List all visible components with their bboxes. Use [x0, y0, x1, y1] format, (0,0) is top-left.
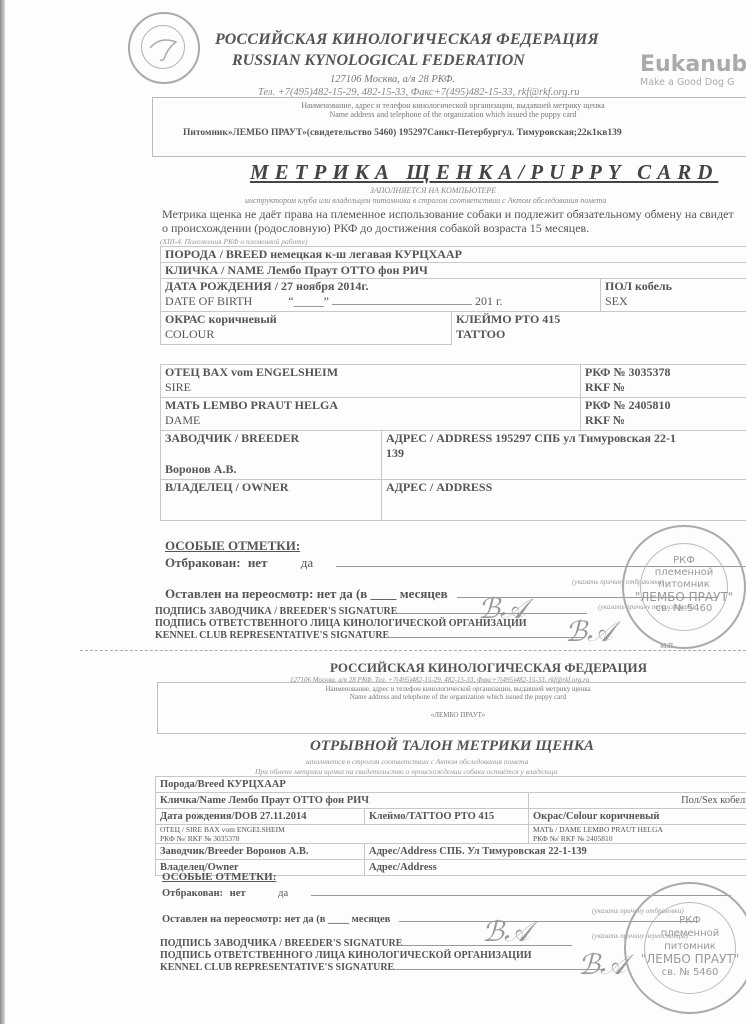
stamp-line-1: РКФ	[624, 555, 744, 567]
stub-rep-signature: ℬ𝒜	[578, 948, 627, 982]
stub-breeder-signature-label: ПОДПИСЬ ЗАВОДЧИКА / BREEDER'S SIGNATURE	[160, 938, 402, 949]
colour-label-en: COLOUR	[165, 327, 447, 342]
dam-field: МАТЬ LEMBO PRAUT HELGA DAME	[161, 398, 581, 431]
dam-label-en: DAME	[165, 413, 576, 428]
breeder-field: ЗАВОДЧИК / BREEDER Воронов А.В.	[161, 431, 382, 480]
stub-sub2: При обмене метрики щенка на свидетельств…	[255, 767, 557, 776]
dam-value: МАТЬ LEMBO PRAUT HELGA	[165, 398, 576, 413]
stub-sex: Пол/Sex кобель	[529, 793, 746, 809]
sire-rkf-field: РКФ № 3035378 RKF №	[581, 365, 746, 398]
page-title: МЕТРИКА ЩЕНКА/PUPPY CARD	[250, 160, 718, 185]
regulation-note: (XIII-4. Положения РКФ о племенной работ…	[160, 237, 307, 246]
stamp-line-5: св. № 5460	[624, 603, 744, 615]
org-name-ru: РОССИЙСКАЯ КИНОЛОГИЧЕСКАЯ ФЕДЕРАЦИЯ	[215, 31, 599, 49]
rep-signature: ℬ𝒜	[565, 615, 614, 649]
breeder-label: ЗАВОДЧИК / BREEDER	[165, 431, 377, 446]
stub-culled-yes-option[interactable]: да	[278, 888, 288, 899]
table-row: Порода/Breed КУРЦХААР	[156, 777, 746, 793]
stub-signatures-block: ПОДПИСЬ ЗАВОДЧИКА / BREEDER'S SIGNATURE …	[160, 938, 604, 974]
stub-culled-no-option[interactable]: нет	[230, 888, 246, 899]
stub-stamp-line-5: св. № 5460	[626, 966, 746, 979]
colour-value: ОКРАС коричневый	[165, 312, 447, 327]
stub-kennel-stamp: РКФ племенной питомник "ЛЕМБО ПРАУТ" св.…	[624, 882, 746, 1014]
stub-dam-rkf: РКФ №/ RKF № 2405810	[533, 834, 746, 843]
stub-tattoo: Клеймо/TATTOO РТО 415	[365, 809, 529, 825]
stub-caption-en: Name address and telephone of the organi…	[158, 693, 746, 701]
breeder-signature: ℬ𝒜	[478, 592, 527, 626]
stub-caption-ru: Наименование, адрес и телефон кинологиче…	[158, 685, 746, 693]
stub-review-label: Оставлен на переосмотр: нет да (в ____ м…	[162, 914, 390, 925]
stub-issuer-box: Наименование, адрес и телефон кинологиче…	[157, 682, 746, 734]
tattoo-field: КЛЕЙМО РТО 415 TATTOO	[452, 312, 746, 345]
parents-table: ОТЕЦ BAX vom ENGELSHEIM SIRE РКФ № 30353…	[160, 364, 746, 521]
dam-rkf-label-en: RKF №	[585, 413, 746, 428]
stub-rep-signature-label-en: KENNEL CLUB REPRESENTATIVE'S SIGNATURE	[160, 962, 394, 973]
table-row: Кличка/Name Лембо Праут ОТТО фон РИЧ Пол…	[156, 793, 746, 809]
table-row: ДАТА РОЖДЕНИЯ / 27 ноября 2014г. DATE OF…	[161, 279, 746, 312]
sex-field: ПОЛ кобель SEX	[601, 279, 746, 312]
table-row: ЗАВОДЧИК / BREEDER Воронов А.В. АДРЕС / …	[161, 431, 746, 480]
review-label: Оставлен на переосмотр: нет да (в ____ м…	[165, 586, 448, 601]
dob-blank: “_____”	[288, 294, 329, 308]
stub-culled-label: Отбракован:	[162, 888, 223, 899]
table-row: ВЛАДЕЛЕЦ / OWNER АДРЕС / ADDRESS	[161, 480, 746, 521]
dob-year: 201 г.	[475, 294, 503, 308]
stub-name: Кличка/Name Лембо Праут ОТТО фон РИЧ	[156, 793, 529, 809]
stamp-line-4: "ЛЕМБО ПРАУТ"	[624, 591, 744, 603]
stub-dam-name: МАТЬ / DAME LEMBO PRAUT HELGA	[533, 825, 746, 834]
owner-field: ВЛАДЕЛЕЦ / OWNER	[161, 480, 382, 521]
tattoo-value: КЛЕЙМО РТО 415	[456, 312, 746, 327]
scan-edge	[0, 0, 5, 1024]
table-row: ОКРАС коричневый COLOUR КЛЕЙМО РТО 415 T…	[161, 312, 746, 345]
tear-line	[80, 650, 746, 651]
table-row: ОТЕЦ / SIRE BAX vom ENGELSHEIM РКФ №/ RK…	[156, 825, 746, 844]
dob-line: DATE OF BIRTH “_____” 201 г.	[165, 294, 596, 309]
issuer-caption-en: Name address and telephone of the organi…	[153, 110, 746, 119]
table-row: Дата рождения/DOB 27.11.2014 Клеймо/TATT…	[156, 809, 746, 825]
issuer-caption-ru: Наименование, адрес и телефон кинологиче…	[153, 101, 746, 110]
sire-value: ОТЕЦ BAX vom ENGELSHEIM	[165, 365, 576, 380]
stub-sire-name: ОТЕЦ / SIRE BAX vom ENGELSHEIM	[160, 825, 524, 834]
rep-signature-label-en: KENNEL CLUB REPRESENTATIVE'S SIGNATURE	[155, 630, 389, 641]
issuer-value: Питомник»ЛЕМБО ПРАУТ»(свидетельство 5460…	[153, 128, 746, 138]
notice-line-1: Метрика щенка не даёт права на племенное…	[162, 207, 734, 221]
colour-field: ОКРАС коричневый COLOUR	[161, 312, 452, 345]
culled-label: Отбракован:	[165, 555, 241, 570]
special-marks-title: ОСОБЫЕ ОТМЕТКИ:	[165, 538, 300, 554]
dob-field: ДАТА РОЖДЕНИЯ / 27 ноября 2014г. DATE OF…	[161, 279, 601, 312]
dam-rkf-field: РКФ № 2405810 RKF №	[581, 398, 746, 431]
sponsor-tagline: Make a Good Dog G	[640, 77, 734, 88]
sire-field: ОТЕЦ BAX vom ENGELSHEIM SIRE	[161, 365, 581, 398]
culled-yes-option[interactable]: да	[301, 555, 313, 570]
stub-breeder-address: Адрес/Address СПБ. Ул Тимуровская 22-1-1…	[365, 844, 746, 860]
stub-owner-address: Адрес/Address	[365, 860, 746, 876]
kennel-stamp: РКФ племенной питомник "ЛЕМБО ПРАУТ" св.…	[622, 525, 746, 649]
table-row: Заводчик/Breeder Воронов А.В. Адрес/Addr…	[156, 844, 746, 860]
stub-rep-signature-label-ru: ПОДПИСЬ ОТВЕТСТВЕННОГО ЛИЦА КИНОЛОГИЧЕСК…	[160, 950, 604, 962]
stub-colour: Окрас/Colour коричневый	[529, 809, 746, 825]
sponsor-logo: Eukanub	[640, 52, 746, 77]
sire-rkf-value: РКФ № 3035378	[585, 365, 746, 380]
stub-kennel: «ЛЕМБО ПРАУТ»	[158, 711, 746, 719]
stub-special-marks-title: ОСОБЫЕ ОТМЕТКИ:	[162, 871, 276, 883]
stub-sire: ОТЕЦ / SIRE BAX vom ENGELSHEIM РКФ №/ RK…	[156, 825, 529, 844]
stub-culled-line: Отбракован: нет да	[162, 888, 731, 899]
stub-stamp-line-2: племенной	[626, 927, 746, 940]
sire-label-en: SIRE	[165, 380, 576, 395]
stub-review-line: Оставлен на переосмотр: нет да (в ____ м…	[162, 914, 699, 925]
stub-sire-rkf: РКФ №/ RKF № 3035378	[160, 834, 524, 843]
stub-dam: МАТЬ / DAME LEMBO PRAUT HELGA РКФ №/ RKF…	[529, 825, 746, 844]
title-sub2: инструктором клуба или владельцем питомн…	[245, 196, 606, 205]
breeder-address-line2: 139	[386, 446, 746, 461]
table-row: ОТЕЦ BAX vom ENGELSHEIM SIRE РКФ № 30353…	[161, 365, 746, 398]
org-name-en: RUSSIAN KYNOLOGICAL FEDERATION	[232, 52, 525, 70]
stub-dob: Дата рождения/DOB 27.11.2014	[156, 809, 365, 825]
stub-sub1: заполняется в строгом соответствии с Акт…	[305, 757, 528, 766]
sire-rkf-label-en: RKF №	[585, 380, 746, 395]
stub-breeder-signature: ℬ𝒜	[482, 915, 531, 949]
breed-field: ПОРОДА / BREED немецкая к-ш легавая КУРЦ…	[161, 247, 746, 263]
breeder-signature-label: ПОДПИСЬ ЗАВОДЧИКА / BREEDER'S SIGNATURE	[155, 606, 397, 617]
dob-label: ДАТА РОЖДЕНИЯ / 27 ноября 2014г.	[165, 279, 596, 294]
stub-stamp-line-1: РКФ	[626, 914, 746, 927]
notice-line-2: о происхождении (родословную) РКФ до дос…	[162, 221, 734, 235]
puppy-details-table: ПОРОДА / BREED немецкая к-ш легавая КУРЦ…	[160, 246, 746, 345]
table-row: ПОРОДА / BREED немецкая к-ш легавая КУРЦ…	[161, 247, 746, 263]
table-row: КЛИЧКА / NAME Лембо Праут ОТТО фон РИЧ	[161, 263, 746, 279]
dam-rkf-value: РКФ № 2405810	[585, 398, 746, 413]
title-sub1: ЗАПОЛНЯЕТСЯ НА КОМПЬЮТЕРЕ	[370, 186, 496, 195]
sex-label-en: SEX	[605, 294, 746, 309]
culled-no-option[interactable]: нет	[248, 555, 268, 570]
notice-paragraph: Метрика щенка не даёт права на племенное…	[162, 207, 734, 235]
table-row: МАТЬ LEMBO PRAUT HELGA DAME РКФ № 240581…	[161, 398, 746, 431]
dob-label-en: DATE OF BIRTH	[165, 294, 252, 308]
tattoo-label-en: TATTOO	[456, 327, 746, 342]
stub-org-name: РОССИЙСКАЯ КИНОЛОГИЧЕСКАЯ ФЕДЕРАЦИЯ	[330, 660, 647, 676]
org-address: 127106 Москва, а/я 28 РКФ.	[330, 74, 455, 85]
stamp-line-2: племенной	[624, 567, 744, 579]
name-field: КЛИЧКА / NAME Лембо Праут ОТТО фон РИЧ	[161, 263, 746, 279]
rkf-logo-icon	[128, 12, 200, 84]
stub-breeder: Заводчик/Breeder Воронов А.В.	[156, 844, 365, 860]
breeder-name: Воронов А.В.	[165, 462, 236, 477]
stub-breed: Порода/Breed КУРЦХААР	[156, 777, 746, 793]
breeder-address-field: АДРЕС / ADDRESS 195297 СПБ ул Тимуровска…	[382, 431, 746, 480]
issuer-box: Наименование, адрес и телефон кинологиче…	[152, 97, 746, 157]
sex-value: ПОЛ кобель	[605, 279, 746, 294]
stub-table: Порода/Breed КУРЦХААР Кличка/Name Лембо …	[155, 776, 746, 876]
stub-title: ОТРЫВНОЙ ТАЛОН МЕТРИКИ ЩЕНКА	[310, 738, 594, 755]
stub-stamp-line-4: "ЛЕМБО ПРАУТ"	[626, 953, 746, 966]
breeder-address-value: АДРЕС / ADDRESS 195297 СПБ ул Тимуровска…	[386, 431, 746, 446]
owner-address-field: АДРЕС / ADDRESS	[382, 480, 746, 521]
